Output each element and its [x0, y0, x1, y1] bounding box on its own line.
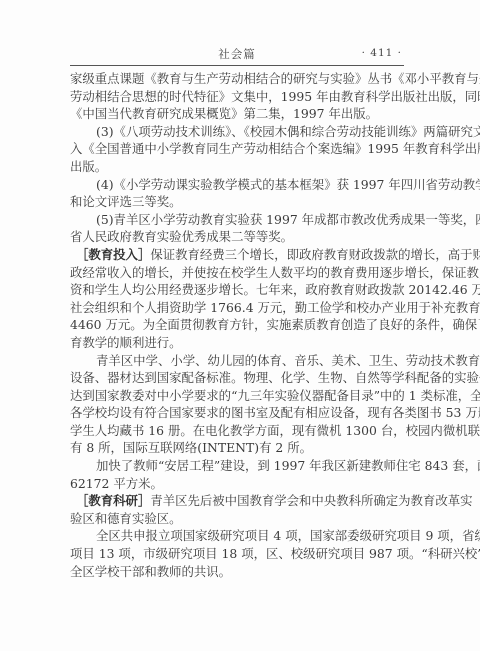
text-line: 青羊区中学、小学、幼儿园的体育、音乐、美术、卫生、劳动技术教育等学科的 [70, 352, 404, 370]
section-education-investment: ［教育投入］保证教育经费三个增长，即政府教育财政拨款的增长，高于财 政经常收入的… [70, 246, 404, 352]
page-number: · 411 · [362, 47, 402, 59]
text-line: 劳动相结合思想的时代特征》文集中，1995 年由教育科学出版社出版，同时收入 [70, 88, 404, 106]
text-line: 项目 13 项，市级研究项目 18 项，区、校级研究项目 987 项。“科研兴校… [70, 545, 404, 563]
text-line: ［教育科研］青羊区先后被中国教育学会和中央教科所确定为教育改革实 [70, 492, 404, 510]
text-line: 出版。 [70, 158, 404, 176]
text-span: 保证教育经费三个增长，即政府教育财政拨款的增长，高于财 [150, 247, 480, 262]
text-line: (3)《八项劳动技术训练》、《校园木偶和综合劳动技能训练》两篇研究文章编 [70, 123, 404, 141]
text-line: 资和学生人均公用经费逐步增长。七年来，政府教育财政拨款 20142.46 万元， [70, 281, 404, 299]
text-line: 《中国当代教育研究成果概览》第二集，1997 年出版。 [70, 105, 404, 123]
paragraph-research-projects: 全区共申报立项国家级研究项目 4 项，国家部委级研究项目 9 项，省级研究 项目… [70, 527, 404, 580]
text-line: 育教学的顺利进行。 [70, 334, 404, 352]
text-line: 和论文评选三等奖。 [70, 193, 404, 211]
section-label-education-research: ［教育科研］ [76, 493, 150, 508]
paragraph-publication-continued: 家级重点课题《教育与生产劳动相结合的研究与实验》丛书《邓小平教育与生产 劳动相结… [70, 70, 404, 123]
text-line: 加快了教师“安居工程”建设，到 1997 年我区新建教师住宅 843 套，面积达 [70, 457, 404, 475]
paragraph-item-3: (3)《八项劳动技术训练》、《校园木偶和综合劳动技能训练》两篇研究文章编 入《全… [70, 123, 404, 176]
paragraph-item-5: (5)青羊区小学劳动教育实验获 1997 年成都市教改优秀成果一等奖，四川 省人… [70, 211, 404, 246]
text-line: 政经常收入的增长，并使按在校学生人数平均的教育费用逐步增长，保证教师工 [70, 264, 404, 282]
paragraph-equipment: 青羊区中学、小学、幼儿园的体育、音乐、美术、卫生、劳动技术教育等学科的 设备、器… [70, 352, 404, 458]
text-line: 家级重点课题《教育与生产劳动相结合的研究与实验》丛书《邓小平教育与生产 [70, 70, 404, 88]
text-line: 达到国家教委对中小学要求的“九三年实验仪器配备目录”中的 1 类标准，全区 [70, 387, 404, 405]
section-label-education-investment: ［教育投入］ [76, 247, 150, 262]
text-span: 青羊区先后被中国教育学会和中央教科所确定为教育改革实 [150, 493, 472, 508]
header-rule [70, 65, 404, 66]
text-line: 全区共申报立项国家级研究项目 4 项，国家部委级研究项目 9 项，省级研究 [70, 527, 404, 545]
text-line: (4)《小学劳动课实验教学模式的基本框架》获 1997 年四川省劳动教学经验 [70, 176, 404, 194]
document-page: 社会篇 · 411 · 家级重点课题《教育与生产劳动相结合的研究与实验》丛书《邓… [0, 0, 480, 651]
text-line: 省人民政府教育实验优秀成果二等等奖。 [70, 228, 404, 246]
text-line: 验区和德育实验区。 [70, 510, 404, 528]
section-education-research: ［教育科研］青羊区先后被中国教育学会和中央教科所确定为教育改革实 验区和德育实验… [70, 492, 404, 527]
paragraph-teacher-housing: 加快了教师“安居工程”建设，到 1997 年我区新建教师住宅 843 套，面积达… [70, 457, 404, 492]
text-line: 各学校均设有符合国家要求的图书室及配有相应设备，现有各类图书 53 万册， [70, 404, 404, 422]
paragraph-item-4: (4)《小学劳动课实验教学模式的基本框架》获 1997 年四川省劳动教学经验 和… [70, 176, 404, 211]
text-line: 入《全国普通中小学教育同生产劳动相结合个案选编》1995 年教育科学出版社 [70, 140, 404, 158]
text-line: 有 8 所，国际互联网络(INTENT)有 2 所。 [70, 439, 404, 457]
text-line: 设备、器材达到国家配备标准。物理、化学、生物、自然等学科配备的实验仪器均 [70, 369, 404, 387]
text-line: 学生人均藏书 16 册。在电化教学方面，现有微机 1300 台，校园内微机联接网… [70, 422, 404, 440]
text-line: 62172 平方米。 [70, 475, 404, 493]
text-line: 4460 万元。为全面贯彻教育方针，实施素质教育创造了良好的条件，确保了教 [70, 316, 404, 334]
text-line: 全区学校干部和教师的共识。 [70, 563, 404, 581]
running-title: 社会篇 [70, 46, 404, 62]
running-header: 社会篇 · 411 · [70, 46, 404, 64]
text-line: ［教育投入］保证教育经费三个增长，即政府教育财政拨款的增长，高于财 [70, 246, 404, 264]
text-line: 社会组织和个人捐资助学 1766.4 万元，勤工俭学和校办产业用于补充教育经费 [70, 299, 404, 317]
body-text: 家级重点课题《教育与生产劳动相结合的研究与实验》丛书《邓小平教育与生产 劳动相结… [70, 70, 404, 580]
text-line: (5)青羊区小学劳动教育实验获 1997 年成都市教改优秀成果一等奖，四川 [70, 211, 404, 229]
